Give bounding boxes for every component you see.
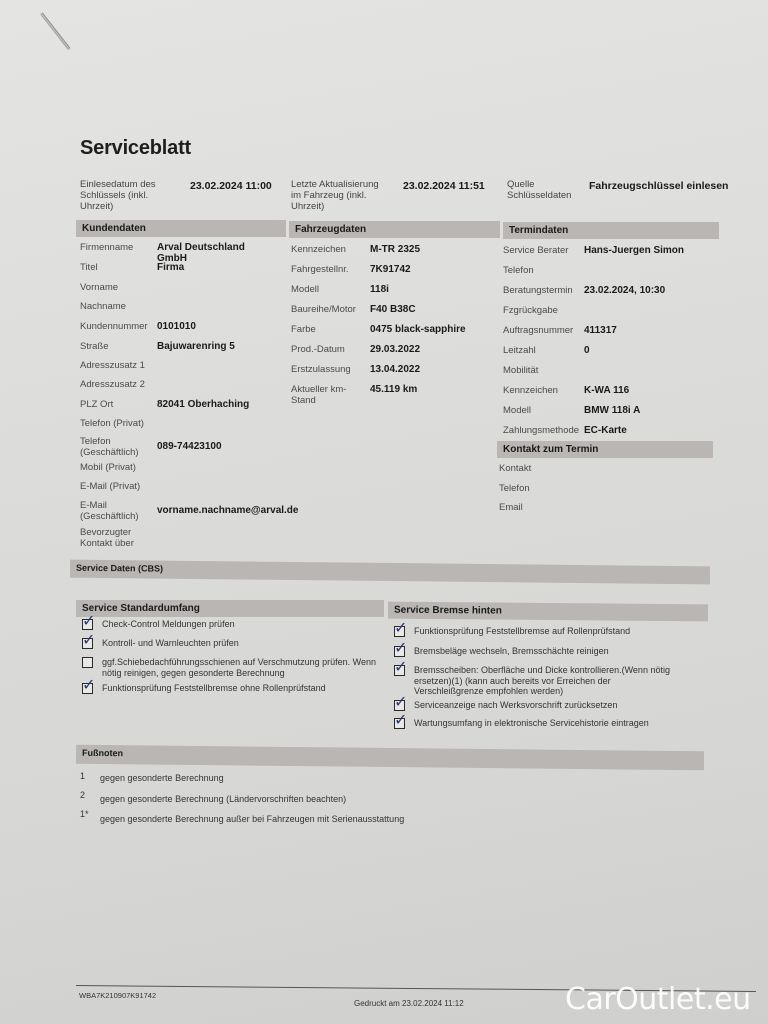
field-label: E-Mail (Privat) [80, 481, 158, 492]
footnote-number: 2 [80, 790, 85, 800]
service-bremse-heading: Service Bremse hinten [388, 602, 708, 622]
field-label: Service Berater [503, 245, 583, 256]
field-label: Nachname [80, 301, 158, 312]
field-label: Aktueller km-Stand [291, 384, 369, 406]
field-value: Firma [157, 262, 184, 273]
source-label: Quelle Schlüsseldaten [507, 179, 567, 201]
field-label: Kundennummer [80, 321, 158, 332]
field-value: vorname.nachname@arval.de [157, 505, 277, 516]
checkmark-icon: ✓ [394, 712, 412, 730]
field-label: Bevorzugter Kontakt über [80, 527, 158, 549]
footnote-text: gegen gesonderte Berechnung (Ländervorsc… [100, 794, 346, 804]
field-label: Auftragsnummer [503, 325, 583, 336]
page-title: Serviceblatt [80, 137, 191, 160]
field-label: Telefon (Privat) [80, 418, 158, 429]
field-label: Baureihe/Motor [291, 304, 369, 315]
field-value: 411317 [584, 325, 617, 336]
fahrzeugdaten-heading: Fahrzeugdaten [289, 221, 500, 238]
checklist-item-text: ggf.Schiebedachführungsschienen auf Vers… [102, 657, 382, 678]
checklist-item-text: Check-Control Meldungen prüfen [102, 619, 382, 630]
field-value: 23.02.2024, 10:30 [584, 285, 665, 296]
field-label: Prod.-Datum [291, 344, 369, 355]
footnote-text: gegen gesonderte Berechnung [100, 773, 224, 783]
read-date-value: 23.02.2024 11:00 [190, 181, 272, 192]
checklist-item-text: Bremsscheiben: Oberfläche und Dicke kont… [414, 665, 679, 697]
kundendaten-heading: Kundendaten [76, 220, 286, 237]
field-label: Adresszusatz 1 [80, 360, 158, 371]
service-standard-heading: Service Standardumfang [76, 600, 384, 617]
checkmark-icon: ✓ [82, 632, 100, 650]
field-label: Modell [503, 405, 583, 416]
field-value: 0475 black-sapphire [370, 324, 466, 335]
field-label: Telefon (Geschäftlich) [80, 436, 158, 458]
field-value: BMW 118i A [584, 405, 640, 416]
field-label: Zahlungsmethode [503, 425, 583, 436]
checklist-item-text: Kontroll- und Warnleuchten prüfen [102, 638, 382, 649]
watermark-logo: CarOutlet.eu [565, 982, 751, 1017]
last-update-value: 23.02.2024 11:51 [403, 181, 485, 192]
field-label: Mobil (Privat) [80, 462, 158, 473]
field-label: Farbe [291, 324, 369, 335]
field-label: Fahrgestellnr. [291, 264, 369, 275]
field-label: Straße [80, 341, 158, 352]
field-label: Kennzeichen [503, 385, 583, 396]
checkmark-icon: ✓ [82, 677, 100, 695]
field-label: Email [499, 502, 579, 513]
field-label: Titel [80, 262, 158, 273]
checklist-item-text: Funktionsprüfung Feststellbremse auf Rol… [414, 626, 679, 637]
field-value: K-WA 116 [584, 385, 629, 396]
field-label: Beratungstermin [503, 285, 583, 296]
field-value: Bajuwarenring 5 [157, 341, 235, 352]
field-label: Telefon [499, 483, 579, 494]
field-label: Telefon [503, 265, 583, 276]
field-label: Fzgrückgabe [503, 305, 583, 316]
field-label: Modell [291, 284, 369, 295]
field-label: Kennzeichen [291, 244, 369, 255]
field-value: EC-Karte [584, 425, 627, 436]
field-label: Adresszusatz 2 [80, 379, 158, 390]
field-label: Firmenname [80, 242, 158, 253]
field-value: 0 [584, 345, 590, 356]
fussnoten-heading: Fußnoten [76, 745, 704, 771]
footer-vin: WBA7K210907K91742 [79, 991, 156, 1000]
last-update-label: Letzte Aktualisierung im Fahrzeug (inkl.… [291, 179, 391, 212]
field-value: F40 B38C [370, 304, 416, 315]
field-value: 29.03.2022 [370, 344, 420, 355]
kontakt-termin-heading: Kontakt zum Termin [497, 441, 713, 458]
field-label: Erstzulassung [291, 364, 369, 375]
checkmark-icon: ✓ [394, 640, 412, 658]
field-label: Kontakt [499, 463, 579, 474]
footnote-number: 1* [80, 809, 89, 819]
field-value: Hans-Juergen Simon [584, 245, 684, 256]
field-value: M-TR 2325 [370, 244, 420, 255]
field-value: 7K91742 [370, 264, 411, 275]
staple [40, 12, 71, 50]
field-value: 45.119 km [370, 384, 417, 395]
field-value: 82041 Oberhaching [157, 399, 249, 410]
checkmark-icon: ✓ [82, 613, 100, 631]
field-value: 0101010 [157, 321, 196, 332]
checklist-item-text: Bremsbeläge wechseln, Bremsschächte rein… [414, 646, 679, 657]
source-value: Fahrzeugschlüssel einlesen [589, 181, 728, 192]
checkmark-icon: ✓ [394, 620, 412, 638]
field-label: Mobilität [503, 365, 583, 376]
field-label: PLZ Ort [80, 399, 158, 410]
field-value: 13.04.2022 [370, 364, 420, 375]
checklist-item-text: Serviceanzeige nach Werksvorschrift zurü… [414, 700, 679, 711]
checkbox[interactable] [82, 657, 93, 668]
service-daten-heading: Service Daten (CBS) [70, 560, 710, 585]
read-date-label: Einlesedatum des Schlüssels (inkl. Uhrze… [80, 179, 180, 212]
footnote-text: gegen gesonderte Berechnung außer bei Fa… [100, 814, 404, 824]
footnote-number: 1 [80, 771, 85, 781]
field-label: E-Mail (Geschäftlich) [80, 500, 158, 522]
field-label: Leitzahl [503, 345, 583, 356]
termindaten-heading: Termindaten [503, 222, 719, 239]
field-value: Arval Deutschland GmbH [157, 242, 277, 264]
checklist-item-text: Funktionsprüfung Feststellbremse ohne Ro… [102, 683, 382, 694]
footer-printed-date: Gedruckt am 23.02.2024 11:12 [354, 999, 464, 1008]
service-sheet-paper: Serviceblatt Einlesedatum des Schlüssels… [0, 0, 768, 1024]
field-value: 089-74423100 [157, 441, 222, 452]
field-label: Vorname [80, 282, 158, 293]
checklist-item-text: Wartungsumfang in elektronische Serviceh… [414, 718, 679, 729]
field-value: 118i [370, 284, 389, 295]
checkmark-icon: ✓ [394, 659, 412, 677]
